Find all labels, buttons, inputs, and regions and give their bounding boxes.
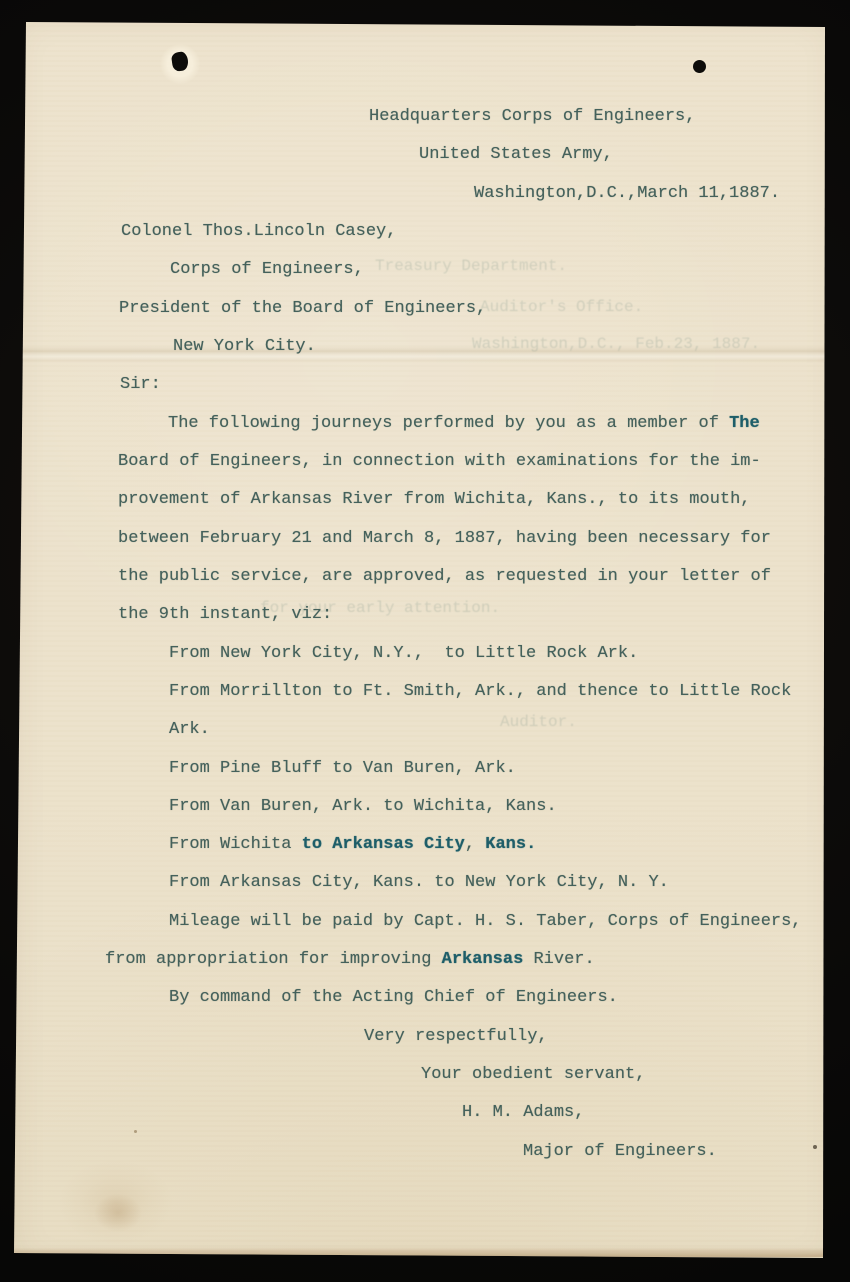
letter-sheet: Treasury Department.Auditor's Office.Was… bbox=[0, 0, 850, 1282]
paper-edge-shading bbox=[0, 0, 850, 1282]
